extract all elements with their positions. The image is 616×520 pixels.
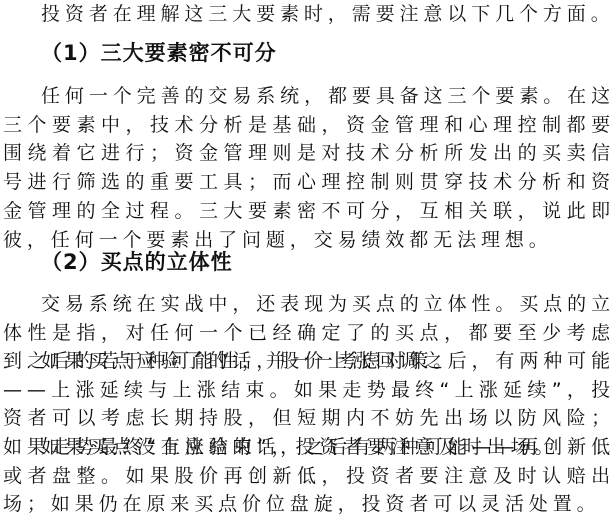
section-heading-1: （1）三大要素密不可分 [3, 38, 277, 68]
section-2-paragraph-3: 如果买点没有应验的话，之后有两种可能——再创新低或者盘整。如果股价再创新低，投资… [3, 433, 615, 519]
section-1-paragraph-1: 任何一个完善的交易系统，都要具备这三个要素。在这三个要素中，技术分析是基础，资金… [3, 82, 615, 254]
section-heading-2: （2）买点的立体性 [3, 247, 233, 277]
intro-paragraph: 投资者在理解这三大要素时，需要注意以下几个方面。 [3, 0, 615, 29]
